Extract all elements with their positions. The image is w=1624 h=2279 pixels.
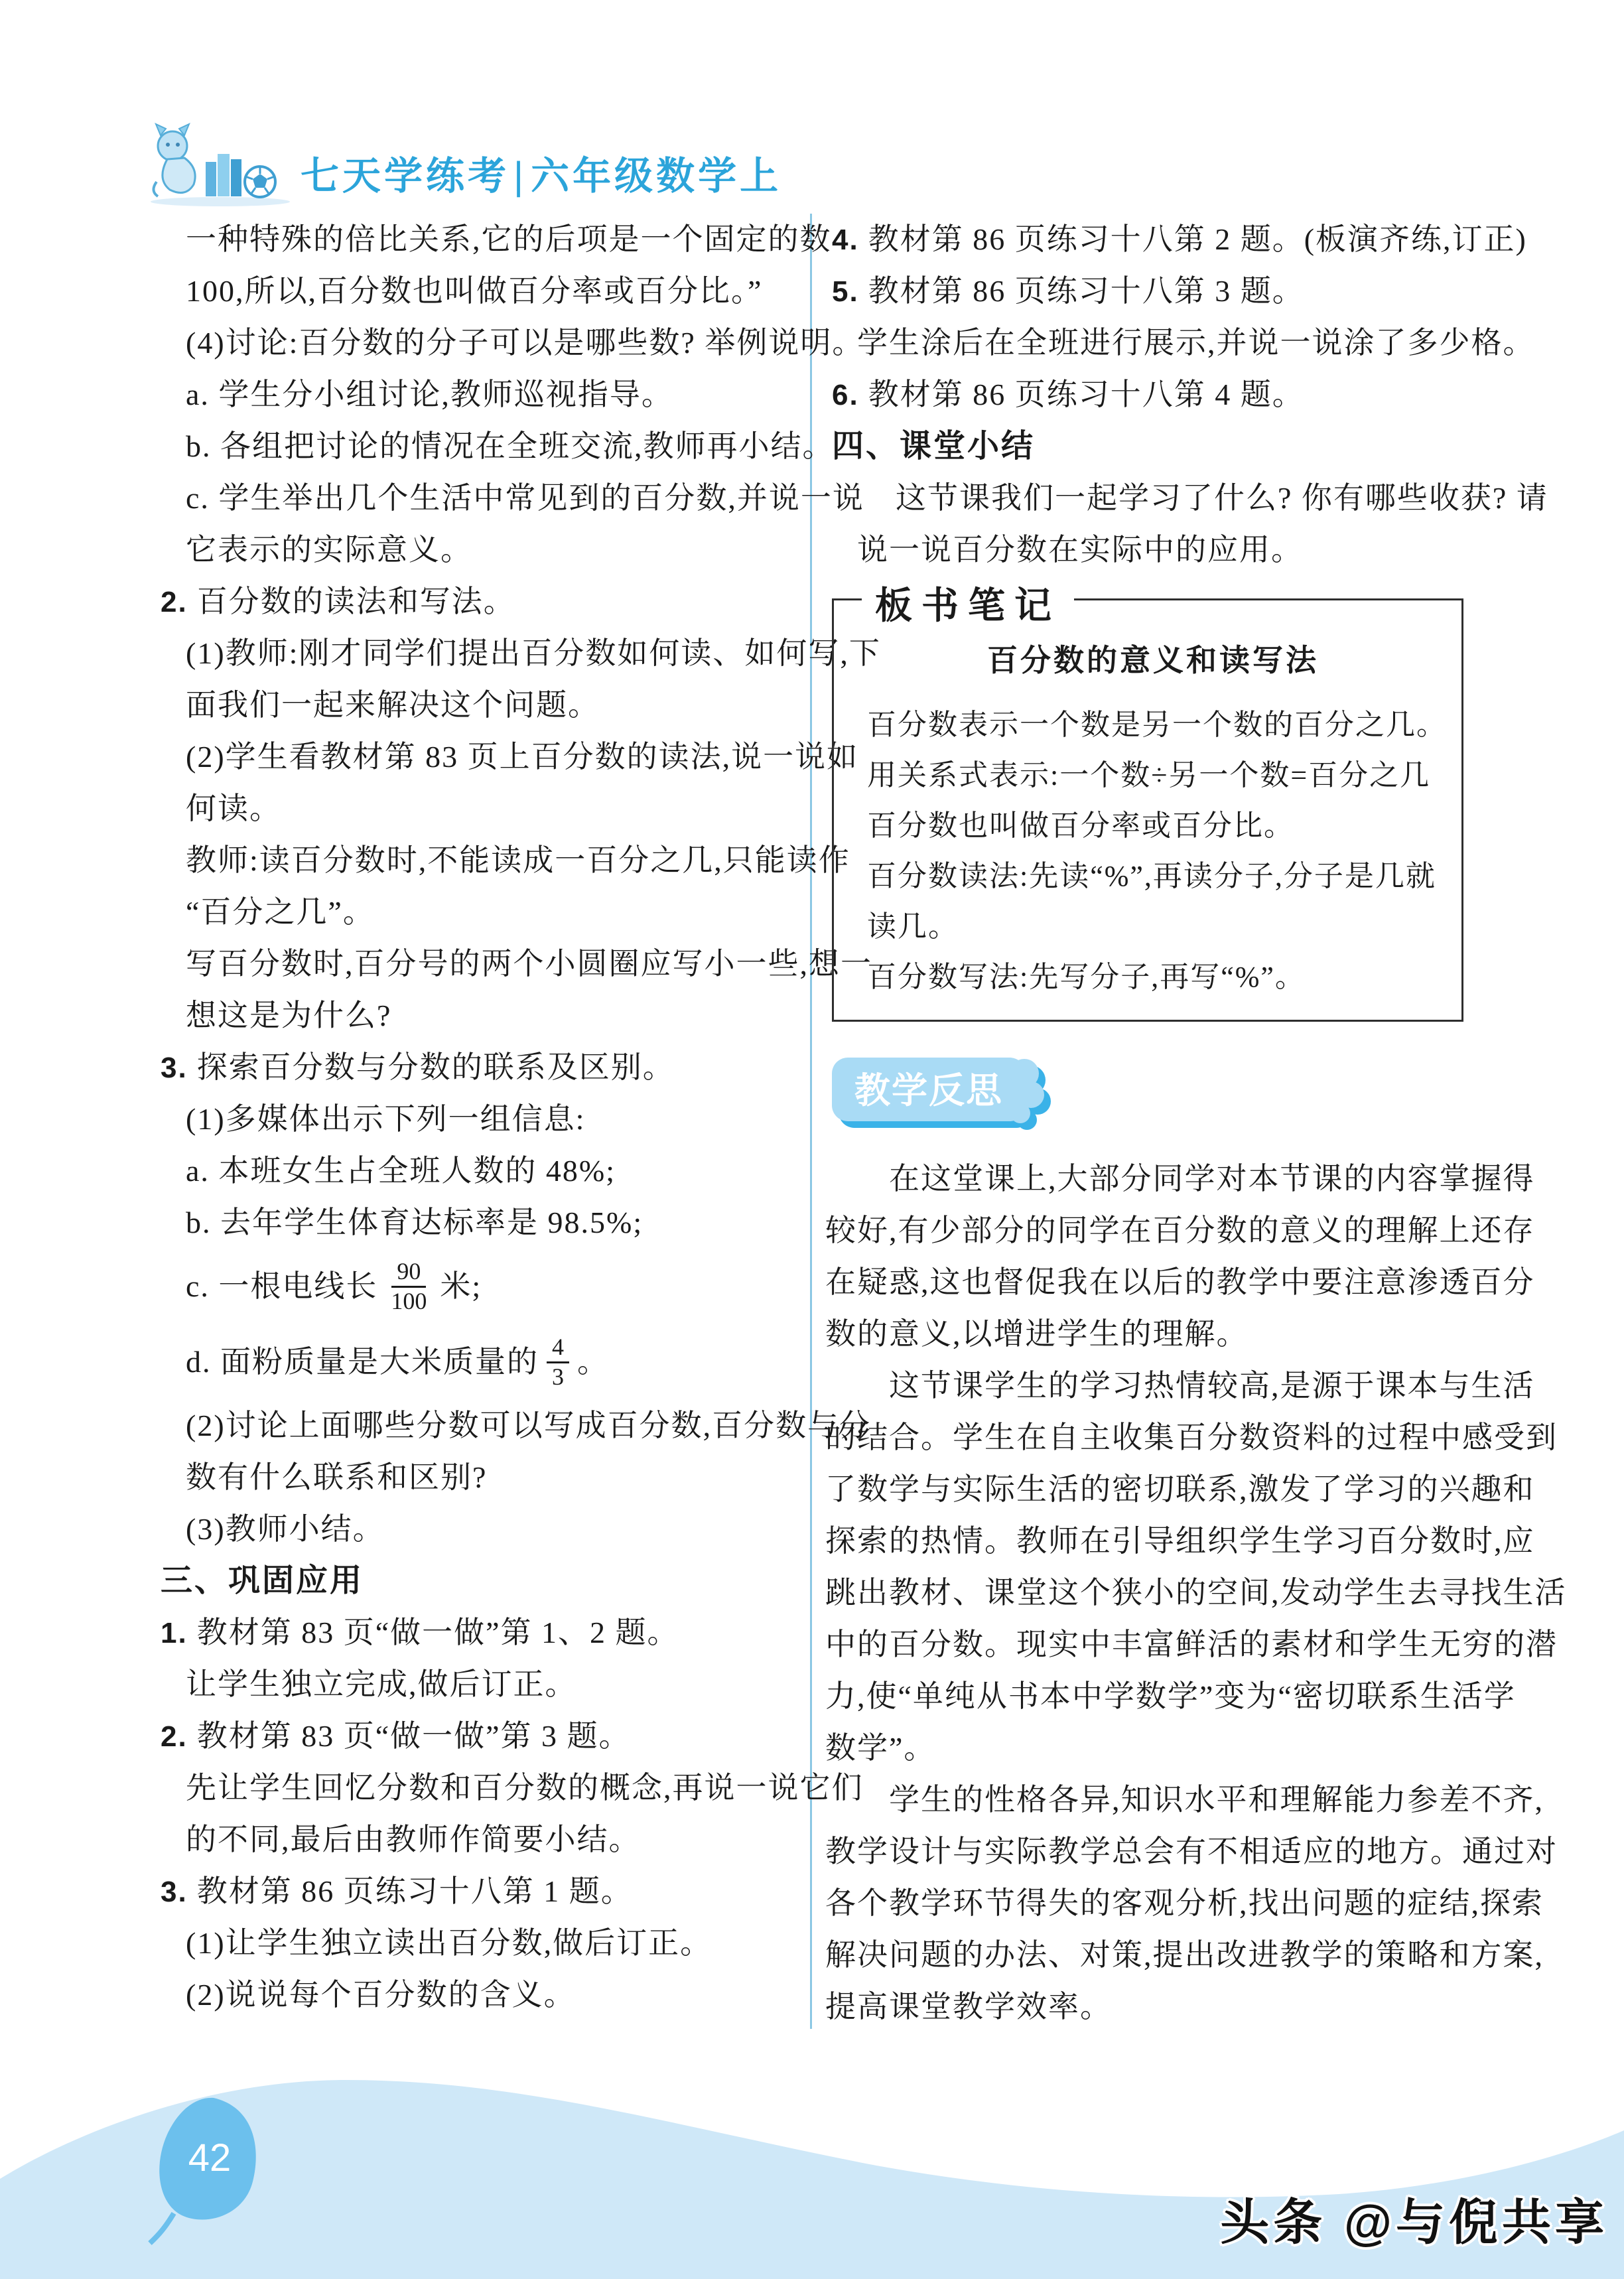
text-line: (2)讨论上面哪些分数可以写成百分数,百分数与分 <box>161 1400 801 1452</box>
reflection-badge-label: 教学反思 <box>854 1071 1003 1111</box>
right-column: 4.教材第 86 页练习十八第 2 题。(板演齐练,订正) 5.教材第 86 页… <box>832 214 1472 2033</box>
line-text: 教材第 83 页“做一做”第 3 题。 <box>197 1719 631 1753</box>
text-line: 百分数表示一个数是另一个数的百分之几。 <box>867 700 1439 750</box>
text-line: 三、巩固应用 <box>161 1555 801 1607</box>
fraction: 43 <box>547 1334 569 1391</box>
line-text: 教师:读百分数时,不能读成一百分之几,只能读作 <box>186 843 850 877</box>
line-text: (1)让学生独立读出百分数,做后订正。 <box>186 1926 712 1960</box>
page-number: 42 <box>188 2136 232 2179</box>
text-line: (1)多媒体出示下列一组信息: <box>161 1093 801 1145</box>
brand-title: 七天学练考|六年级数学上 <box>301 145 781 207</box>
line-text: 这节课我们一起学习了什么? 你有哪些收获? 请 <box>896 481 1548 515</box>
board-notes-title: 百分数的意义和读写法 <box>867 636 1439 680</box>
line-text: 教材第 86 页练习十八第 4 题。 <box>868 378 1304 411</box>
line-text: a. 学生分小组讨论,教师巡视指导。 <box>186 378 673 411</box>
line-text: 教材第 86 页练习十八第 2 题。(板演齐练,订正) <box>868 222 1527 256</box>
line-text: 各个教学环节得失的客观分析,找出问题的症结,探索 <box>825 1886 1544 1920</box>
reflection-badge: 教学反思 <box>828 1050 1053 1137</box>
text-line: 中的百分数。现实中丰富鲜活的素材和学生无穷的潜 <box>825 1619 1472 1671</box>
text-line: 学生涂后在全班进行展示,并说一说涂了多少格。 <box>832 317 1472 369</box>
text-line: 较好,有少部分的同学在百分数的意义的理解上还存 <box>825 1205 1472 1257</box>
line-text: 想这是为什么? <box>186 999 391 1032</box>
line-text: 读几。 <box>867 910 959 943</box>
line-text: 了数学与实际生活的密切联系,激发了学习的兴趣和 <box>825 1472 1535 1506</box>
text-line: 用关系式表示:一个数÷另一个数=百分之几 <box>867 750 1439 801</box>
text-line: 3.探索百分数与分数的联系及区别。 <box>161 1042 801 1093</box>
fraction-prefix: d. 面粉质量是大米质量的 <box>186 1336 539 1388</box>
line-text: 数学”。 <box>825 1731 935 1765</box>
text-line: c. 学生举出几个生活中常见到的百分数,并说一说 <box>161 472 801 524</box>
brand-separator: | <box>509 155 531 198</box>
line-text: 写百分数时,百分号的两个小圆圈应写小一些,想一 <box>186 947 872 981</box>
line-text: 教材第 86 页练习十八第 3 题。 <box>868 274 1304 308</box>
line-text: 教学设计与实际教学总会有不相适应的地方。通过对 <box>825 1834 1558 1868</box>
text-line: 的结合。学生在自主收集百分数资料的过程中感受到 <box>825 1412 1472 1464</box>
text-line: b. 各组把讨论的情况在全班交流,教师再小结。 <box>161 421 801 472</box>
text-line: a. 本班女生占全班人数的 48%; <box>161 1145 801 1197</box>
text-line: 读几。 <box>867 902 1439 952</box>
line-text: (2)讨论上面哪些分数可以写成百分数,百分数与分 <box>186 1409 871 1442</box>
line-text: 学生涂后在全班进行展示,并说一说涂了多少格。 <box>857 326 1535 360</box>
text-line: (2)学生看教材第 83 页上百分数的读法,说一说如 <box>161 731 801 783</box>
text-line: (1)教师:刚才同学们提出百分数如何读、如何写,下 <box>161 628 801 679</box>
brand-subject: 六年级数学上 <box>531 155 781 198</box>
text-line: 4.教材第 86 页练习十八第 2 题。(板演齐练,订正) <box>832 214 1472 265</box>
text-line: 说一说百分数在实际中的应用。 <box>832 524 1472 576</box>
text-line: 了数学与实际生活的密切联系,激发了学习的兴趣和 <box>825 1464 1472 1515</box>
line-text: 何读。 <box>186 792 281 825</box>
list-number: 6. <box>832 379 859 411</box>
text-line: 100,所以,百分数也叫做百分率或百分比。” <box>161 265 801 317</box>
text-line: 这节课学生的学习热情较高,是源于课本与生活 <box>825 1360 1472 1412</box>
text-line: d. 面粉质量是大米质量的43。 <box>161 1324 801 1400</box>
text-line: 这节课我们一起学习了什么? 你有哪些收获? 请 <box>832 472 1472 524</box>
left-column: 一种特殊的倍比关系,它的后项是一个固定的数 100,所以,百分数也叫做百分率或百… <box>161 214 801 2021</box>
line-text: 提高课堂教学效率。 <box>825 1990 1112 2024</box>
page: 七天学练考|六年级数学上 一种特殊的倍比关系,它的后项是一个固定的数 100,所… <box>0 0 1624 2279</box>
fraction-denominator: 3 <box>547 1363 569 1391</box>
line-text: (2)学生看教材第 83 页上百分数的读法,说一说如 <box>186 740 858 774</box>
right-top-lines: 4.教材第 86 页练习十八第 2 题。(板演齐练,订正) 5.教材第 86 页… <box>832 214 1472 576</box>
text-line: 数学”。 <box>825 1722 1472 1774</box>
line-text: 面我们一起来解决这个问题。 <box>186 688 600 722</box>
line-text: 学生的性格各异,知识水平和理解能力参差不齐, <box>889 1783 1544 1817</box>
line-text: (3)教师小结。 <box>186 1512 385 1546</box>
reflection-lines: 在这堂课上,大部分同学对本节课的内容掌握得 较好,有少部分的同学在百分数的意义的… <box>825 1153 1472 2033</box>
fraction-denominator: 100 <box>385 1288 432 1315</box>
text-line: 学生的性格各异,知识水平和理解能力参差不齐, <box>825 1774 1472 1826</box>
line-text: 百分数也叫做百分率或百分比。 <box>867 809 1294 842</box>
line-text: 说一说百分数在实际中的应用。 <box>857 533 1303 567</box>
header: 七天学练考|六年级数学上 <box>147 121 781 207</box>
text-line: 2.百分数的读法和写法。 <box>161 576 801 628</box>
text-line: 的不同,最后由教师作简要小结。 <box>161 1814 801 1866</box>
fraction-suffix: 米; <box>440 1261 482 1312</box>
text-line: 力,使“单纯从书本中学数学”变为“密切联系生活学 <box>825 1671 1472 1722</box>
line-text: b. 去年学生体育达标率是 98.5%; <box>186 1206 643 1239</box>
text-line: 跳出教材、课堂这个狭小的空间,发动学生去寻找生活 <box>825 1567 1472 1619</box>
text-line: 数有什么联系和区别? <box>161 1452 801 1503</box>
line-text: 数有什么联系和区别? <box>186 1460 487 1494</box>
line-text: 跳出教材、课堂这个狭小的空间,发动学生去寻找生活 <box>825 1576 1567 1610</box>
line-text: 四、课堂小结 <box>832 429 1035 464</box>
board-notes-box: 板书笔记 百分数的意义和读写法 百分数表示一个数是另一个数的百分之几。 用关系式… <box>832 598 1463 1022</box>
line-text: 中的百分数。现实中丰富鲜活的素材和学生无穷的潜 <box>825 1627 1558 1661</box>
line-text: 的结合。学生在自主收集百分数资料的过程中感受到 <box>825 1420 1558 1454</box>
text-line: 面我们一起来解决这个问题。 <box>161 679 801 731</box>
line-text: 力,使“单纯从书本中学数学”变为“密切联系生活学 <box>825 1679 1516 1713</box>
text-line: 1.教材第 83 页“做一做”第 1、2 题。 <box>161 1607 801 1659</box>
line-text: c. 学生举出几个生活中常见到的百分数,并说一说 <box>186 481 864 515</box>
line-text: 一种特殊的倍比关系,它的后项是一个固定的数 <box>186 222 832 256</box>
line-text: 教材第 86 页练习十八第 1 题。 <box>197 1874 633 1908</box>
line-text: 百分数读法:先读“%”,再读分子,分子是几就 <box>867 860 1436 892</box>
text-line: 5.教材第 86 页练习十八第 3 题。 <box>832 265 1472 317</box>
text-line: 教师:读百分数时,不能读成一百分之几,只能读作 <box>161 835 801 886</box>
line-text: 百分数写法:先写分子,再写“%”。 <box>867 961 1306 993</box>
line-text: 先让学生回忆分数和百分数的概念,再说一说它们 <box>186 1771 864 1805</box>
line-text: (2)说说每个百分数的含义。 <box>186 1978 576 2012</box>
line-text: 解决问题的办法、对策,提出改进教学的策略和方案, <box>825 1938 1544 1972</box>
text-line: 百分数也叫做百分率或百分比。 <box>867 801 1439 851</box>
list-number: 3. <box>161 1052 188 1084</box>
line-text: 这节课学生的学习热情较高,是源于课本与生活 <box>889 1369 1535 1403</box>
text-line: 在疑惑,这也督促我在以后的教学中要注意渗透百分 <box>825 1257 1472 1308</box>
text-line: 教学设计与实际教学总会有不相适应的地方。通过对 <box>825 1826 1472 1878</box>
text-line: 一种特殊的倍比关系,它的后项是一个固定的数 <box>161 214 801 265</box>
fraction-numerator: 4 <box>547 1334 569 1363</box>
line-text: 探索百分数与分数的联系及区别。 <box>197 1050 675 1084</box>
text-line: 百分数读法:先读“%”,再读分子,分子是几就 <box>867 851 1439 902</box>
text-line: 想这是为什么? <box>161 990 801 1042</box>
text-line: 数的意义,以增进学生的理解。 <box>825 1308 1472 1360</box>
fraction-suffix: 。 <box>577 1336 609 1388</box>
line-text: 百分数的读法和写法。 <box>197 585 515 618</box>
line-text: 教材第 83 页“做一做”第 1、2 题。 <box>197 1616 679 1649</box>
text-line: c. 一根电线长90100米; <box>161 1249 801 1324</box>
board-notes-label: 板书笔记 <box>862 577 1074 630</box>
text-line: “百分之几”。 <box>161 886 801 938</box>
text-line: (2)说说每个百分数的含义。 <box>161 1969 801 2021</box>
line-text: 三、巩固应用 <box>161 1563 364 1598</box>
fraction-numerator: 90 <box>391 1258 426 1287</box>
text-line: 让学生独立完成,做后订正。 <box>161 1659 801 1710</box>
line-text: (4)讨论:百分数的分子可以是哪些数? 举例说明。 <box>186 326 864 360</box>
line-text: 它表示的实际意义。 <box>186 533 472 567</box>
watermark: 头条 @与倪共享 <box>1220 2183 1608 2254</box>
text-line: 何读。 <box>161 783 801 835</box>
line-text: “百分之几”。 <box>186 895 375 929</box>
list-number: 2. <box>161 1720 188 1753</box>
text-line: 3.教材第 86 页练习十八第 1 题。 <box>161 1866 801 1917</box>
text-line: 探索的热情。教师在引导组织学生学习百分数时,应 <box>825 1515 1472 1567</box>
text-line: 解决问题的办法、对策,提出改进教学的策略和方案, <box>825 1929 1472 1981</box>
list-number: 3. <box>161 1876 188 1908</box>
fraction: 90100 <box>385 1258 432 1315</box>
fraction-prefix: c. 一根电线长 <box>186 1261 377 1312</box>
line-text: 让学生独立完成,做后订正。 <box>186 1667 577 1701</box>
text-line: 先让学生回忆分数和百分数的概念,再说一说它们 <box>161 1762 801 1814</box>
line-text: 探索的热情。教师在引导组织学生学习百分数时,应 <box>825 1524 1535 1558</box>
text-line: (3)教师小结。 <box>161 1503 801 1555</box>
line-text: 在疑惑,这也督促我在以后的教学中要注意渗透百分 <box>825 1265 1535 1299</box>
line-text: 100,所以,百分数也叫做百分率或百分比。” <box>186 274 762 308</box>
line-text: 百分数表示一个数是另一个数的百分之几。 <box>867 709 1447 741</box>
line-text: 数的意义,以增进学生的理解。 <box>825 1317 1249 1351</box>
text-line: 四、课堂小结 <box>832 421 1472 472</box>
text-line: 6.教材第 86 页练习十八第 4 题。 <box>832 369 1472 421</box>
brand-series: 七天学练考 <box>301 155 509 198</box>
line-text: (1)多媒体出示下列一组信息: <box>186 1102 585 1136</box>
text-line: (4)讨论:百分数的分子可以是哪些数? 举例说明。 <box>161 317 801 369</box>
list-number: 1. <box>161 1617 188 1649</box>
text-line: 百分数写法:先写分子,再写“%”。 <box>867 952 1439 1002</box>
list-number: 5. <box>832 275 859 308</box>
brand-logo-icon <box>147 121 290 207</box>
text-line: 各个教学环节得失的客观分析,找出问题的症结,探索 <box>825 1878 1472 1929</box>
text-line: b. 去年学生体育达标率是 98.5%; <box>161 1197 801 1249</box>
text-line: 2.教材第 83 页“做一做”第 3 题。 <box>161 1710 801 1762</box>
line-text: (1)教师:刚才同学们提出百分数如何读、如何写,下 <box>186 636 881 670</box>
line-text: a. 本班女生占全班人数的 48%; <box>186 1154 616 1188</box>
text-line: 它表示的实际意义。 <box>161 524 801 576</box>
list-number: 2. <box>161 586 188 618</box>
line-text: 的不同,最后由教师作简要小结。 <box>186 1823 641 1856</box>
reflection-badge-cloud-icon: 教学反思 <box>828 1050 1053 1137</box>
line-text: 用关系式表示:一个数÷另一个数=百分之几 <box>867 759 1430 792</box>
board-notes-lines: 百分数表示一个数是另一个数的百分之几。 用关系式表示:一个数÷另一个数=百分之几… <box>867 700 1439 1002</box>
list-number: 4. <box>832 224 859 256</box>
line-text: 在这堂课上,大部分同学对本节课的内容掌握得 <box>889 1162 1535 1196</box>
text-line: a. 学生分小组讨论,教师巡视指导。 <box>161 369 801 421</box>
text-line: 写百分数时,百分号的两个小圆圈应写小一些,想一 <box>161 938 801 990</box>
text-line: (1)让学生独立读出百分数,做后订正。 <box>161 1917 801 1969</box>
text-line: 在这堂课上,大部分同学对本节课的内容掌握得 <box>825 1153 1472 1205</box>
line-text: 较好,有少部分的同学在百分数的意义的理解上还存 <box>825 1213 1535 1247</box>
line-text: b. 各组把讨论的情况在全班交流,教师再小结。 <box>186 429 835 463</box>
